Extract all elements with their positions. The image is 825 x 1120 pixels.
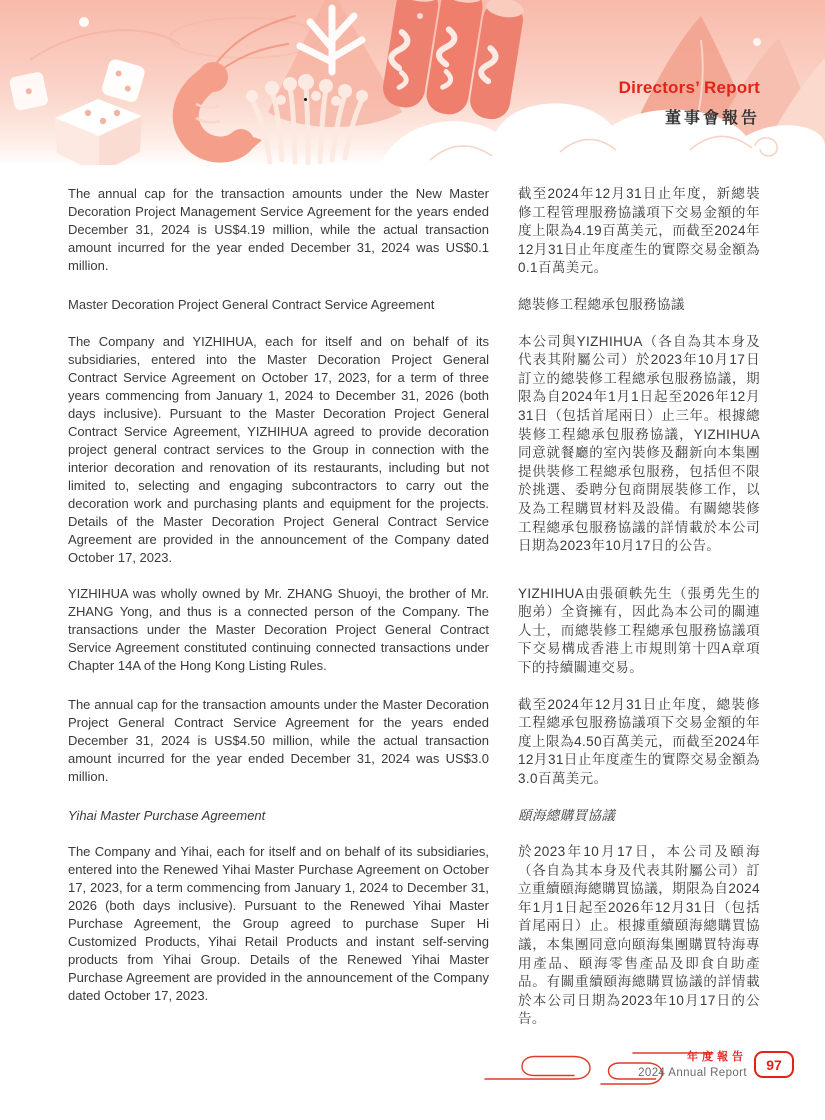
paragraph-zh: 截至2024年12月31日止年度，總裝修工程總承包服務協議項下交易金額的年度上限… — [518, 696, 760, 789]
footer-label-zh: 年度報告 — [638, 1048, 747, 1064]
section-heading-en: Yihai Master Purchase Agreement — [68, 807, 489, 826]
report-body: The annual cap for the transaction amoun… — [68, 185, 760, 1047]
content-row: YIZHIHUA was wholly owned by Mr. ZHANG S… — [68, 585, 760, 678]
footer-report-label: 年度報告 2024 Annual Report — [638, 1048, 747, 1079]
footer-label-en: 2024 Annual Report — [638, 1067, 747, 1079]
paragraph-en: The Company and YIZHIHUA, each for itsel… — [68, 333, 489, 567]
page-number-badge: 97 — [754, 1051, 794, 1078]
paragraph-zh: 於2023年10月17日，本公司及頤海（各自為其本身及代表其附屬公司）訂立重續頤… — [518, 843, 760, 1029]
page-title-block: Directors’ Report 董事會報告 — [619, 78, 760, 128]
paragraph-zh: 本公司與YIZHIHUA（各自為其本身及代表其附屬公司）於2023年10月17日… — [518, 333, 760, 567]
section-heading-zh: 頤海總購買協議 — [518, 807, 760, 826]
section-heading-en: Master Decoration Project General Contra… — [68, 296, 489, 315]
paragraph-en: The annual cap for the transaction amoun… — [68, 696, 489, 789]
page-title-zh: 董事會報告 — [619, 105, 760, 128]
paragraph-en: The annual cap for the transaction amoun… — [68, 185, 489, 278]
page-title-en: Directors’ Report — [619, 78, 760, 98]
meat-roll-illustration — [380, 0, 527, 124]
section-heading-zh: 總裝修工程總承包服務協議 — [518, 296, 760, 315]
content-row-heading: Master Decoration Project General Contra… — [68, 296, 760, 315]
content-row: The annual cap for the transaction amoun… — [68, 185, 760, 278]
content-row: The Company and YIZHIHUA, each for itsel… — [68, 333, 760, 567]
paragraph-en: The Company and Yihai, each for itself a… — [68, 843, 489, 1029]
paragraph-en: YIZHIHUA was wholly owned by Mr. ZHANG S… — [68, 585, 489, 678]
content-row: The Company and Yihai, each for itself a… — [68, 843, 760, 1029]
ink-dot-artifact — [304, 98, 307, 101]
paragraph-zh: YIZHIHUA由張碩軼先生（張勇先生的胞弟）全資擁有，因此為本公司的關連人士，… — [518, 585, 760, 678]
content-row: The annual cap for the transaction amoun… — [68, 696, 760, 789]
report-page: Directors’ Report 董事會報告 The annual cap f… — [0, 0, 825, 1120]
page-header: Directors’ Report 董事會報告 — [0, 0, 825, 165]
paragraph-zh: 截至2024年12月31日止年度，新總裝修工程管理服務協議項下交易金額的年度上限… — [518, 185, 760, 278]
content-row-heading-italic: Yihai Master Purchase Agreement 頤海總購買協議 — [68, 807, 760, 826]
